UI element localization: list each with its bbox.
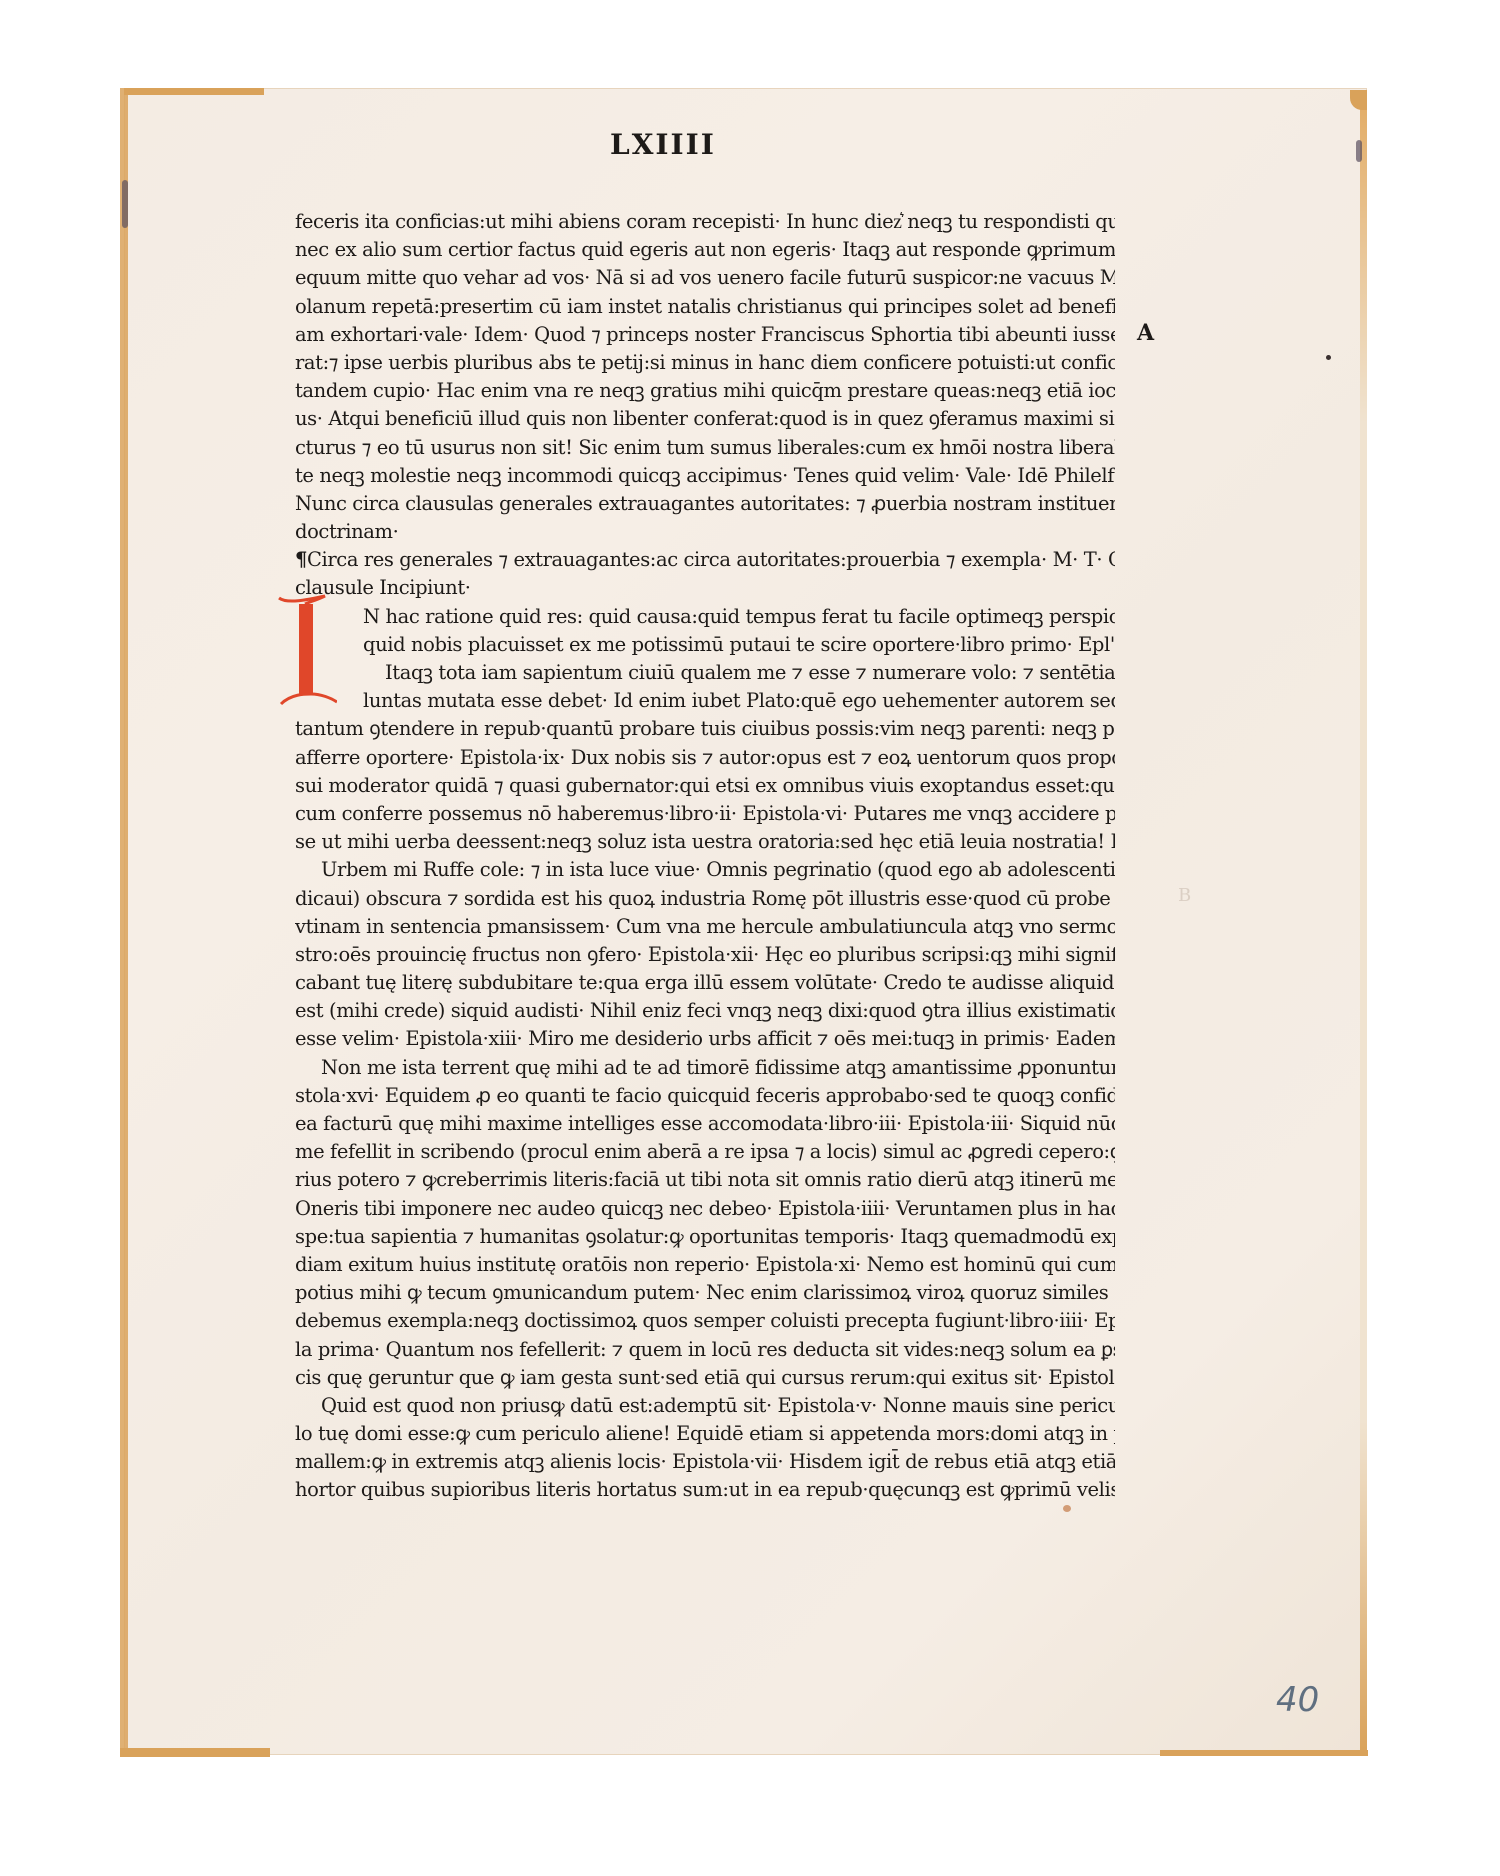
- text-line: est (mihi crede) siquid audisti· Nihil e…: [295, 997, 1115, 1025]
- text-line: vtinam in sentencia pmansissem· Cum vna …: [295, 913, 1115, 941]
- text-line: diam exitum huius institutę oratōis non …: [295, 1251, 1115, 1279]
- ink-stain-left-edge: [122, 180, 128, 228]
- text-line: hortor quibus supioribus literis hortatu…: [295, 1476, 1115, 1504]
- text-line: sui moderator quidā ⁊ quasi gubernator:q…: [295, 772, 1115, 800]
- text-line: me fefellit in scribendo (procul enim ab…: [295, 1138, 1115, 1166]
- text-line: nec ex alio sum certior factus quid eger…: [295, 236, 1115, 264]
- text-line: Itaqꝫ tota iam sapientum ciuiū qualem me…: [295, 659, 1115, 687]
- foxing-spot: [1326, 355, 1331, 360]
- edge-stain-bottom-right: [1160, 1750, 1368, 1756]
- text-line: debemus exempla:neqꝫ doctissimoꝝ quos se…: [295, 1307, 1115, 1335]
- text-line: rat:⁊ ipse uerbis pluribus abs te petij:…: [295, 349, 1115, 377]
- text-line: N hac ratione quid res: quid causa:quid …: [295, 603, 1115, 631]
- edge-stain-bottom-left: [120, 1748, 270, 1757]
- ink-stain-right-edge: [1356, 140, 1362, 162]
- text-line: mallem:ꝙ in extremis atqꝫ alienis locis·…: [295, 1448, 1115, 1476]
- text-line: stro:oēs prouincię fructus non ꝯfero· Ep…: [295, 941, 1115, 969]
- text-line: Nunc circa clausulas generales extrauaga…: [295, 490, 1115, 518]
- text-line: Quid est quod non priusꝙ datū est:adempt…: [295, 1392, 1115, 1420]
- text-line: us· Atqui beneficiū illud quis non liben…: [295, 405, 1115, 433]
- text-line: esse velim· Epistola·xiii· Miro me desid…: [295, 1025, 1115, 1053]
- text-line: quid nobis placuisset ex me potissimū pu…: [295, 631, 1115, 659]
- rubric-heading-line: ¶Circa res generales ⁊ extrauagantes:ac …: [295, 546, 1115, 574]
- edge-stain-right: [1360, 90, 1367, 1754]
- text-line: Oneris tibi imponere nec audeo quicqꝫ ne…: [295, 1195, 1115, 1223]
- text-line: stola·xvi· Equidem ꝓ eo quanti te facio …: [295, 1082, 1115, 1110]
- text-line: cabant tuę literę subdubitare te:qua erg…: [295, 969, 1115, 997]
- text-line: te neqꝫ molestie neqꝫ incommodi quicqꝫ a…: [295, 462, 1115, 490]
- text-line: lo tuę domi esse:ꝙ cum periculo aliene! …: [295, 1420, 1115, 1448]
- paragraph-mark-icon: ¶: [295, 548, 307, 571]
- text-line: Non me ista terrent quę mihi ad te ad ti…: [295, 1054, 1115, 1082]
- text-line: afferre oportere· Epistola·ix· Dux nobis…: [295, 744, 1115, 772]
- main-text-column: feceris ita conficias:ut mihi abiens cor…: [295, 208, 1115, 1505]
- text-line: am exhortari·vale· Idem· Quod ⁊ princeps…: [295, 321, 1115, 349]
- margin-marker-b-showthrough: B: [1178, 885, 1191, 906]
- text-line: cum conferre possemus nō haberemus·libro…: [295, 800, 1115, 828]
- text-line: cturus ⁊ eo tū usurus non sit! Sic enim …: [295, 434, 1115, 462]
- text-line: la prima· Quantum nos fefellerit: ⁊ quem…: [295, 1336, 1115, 1364]
- rubric-heading-line: clausule Incipiunt·: [295, 574, 1115, 602]
- text-line: rius potero ⁊ ꝙcreberrimis literis:faciā…: [295, 1166, 1115, 1194]
- text-line: equum mitte quo vehar ad vos· Nā si ad v…: [295, 264, 1115, 292]
- edge-stain-left: [120, 88, 128, 1748]
- edge-stain-top: [124, 88, 264, 95]
- foxing-spot: [1063, 1505, 1071, 1512]
- text-line: cis quę geruntur que ꝙ iam gesta sunt·se…: [295, 1364, 1115, 1392]
- text-line: ea facturū quę mihi maxime intelliges es…: [295, 1110, 1115, 1138]
- text-line: tandem cupio· Hac enim vna re neqꝫ grati…: [295, 377, 1115, 405]
- text-line: olanum repetā:presertim cū iam instet na…: [295, 293, 1115, 321]
- text-line: Urbem mi Ruffe cole: ⁊ in ista luce viue…: [295, 856, 1115, 884]
- text-line: dicaui) obscura ⁊ sordida est his quoꝝ i…: [295, 885, 1115, 913]
- text-line: spe:tua sapientia ⁊ humanitas ꝯsolatur:ꝙ…: [295, 1223, 1115, 1251]
- folio-number: LXIIII: [610, 128, 716, 161]
- text-line: tantum ꝯtendere in repub·quantū probare …: [295, 715, 1115, 743]
- pencil-leaf-number: 40: [1276, 1680, 1319, 1720]
- margin-marker-a: A: [1137, 320, 1154, 346]
- text-line: luntas mutata esse debet· Id enim iubet …: [295, 687, 1115, 715]
- text-line: doctrinam·: [295, 518, 1115, 546]
- text-line: se ut mihi uerba deessent:neqꝫ soluz ist…: [295, 828, 1115, 856]
- text-line: potius mihi ꝙ tecum ꝯmunicandum putem· N…: [295, 1279, 1115, 1307]
- text-line: feceris ita conficias:ut mihi abiens cor…: [295, 208, 1115, 236]
